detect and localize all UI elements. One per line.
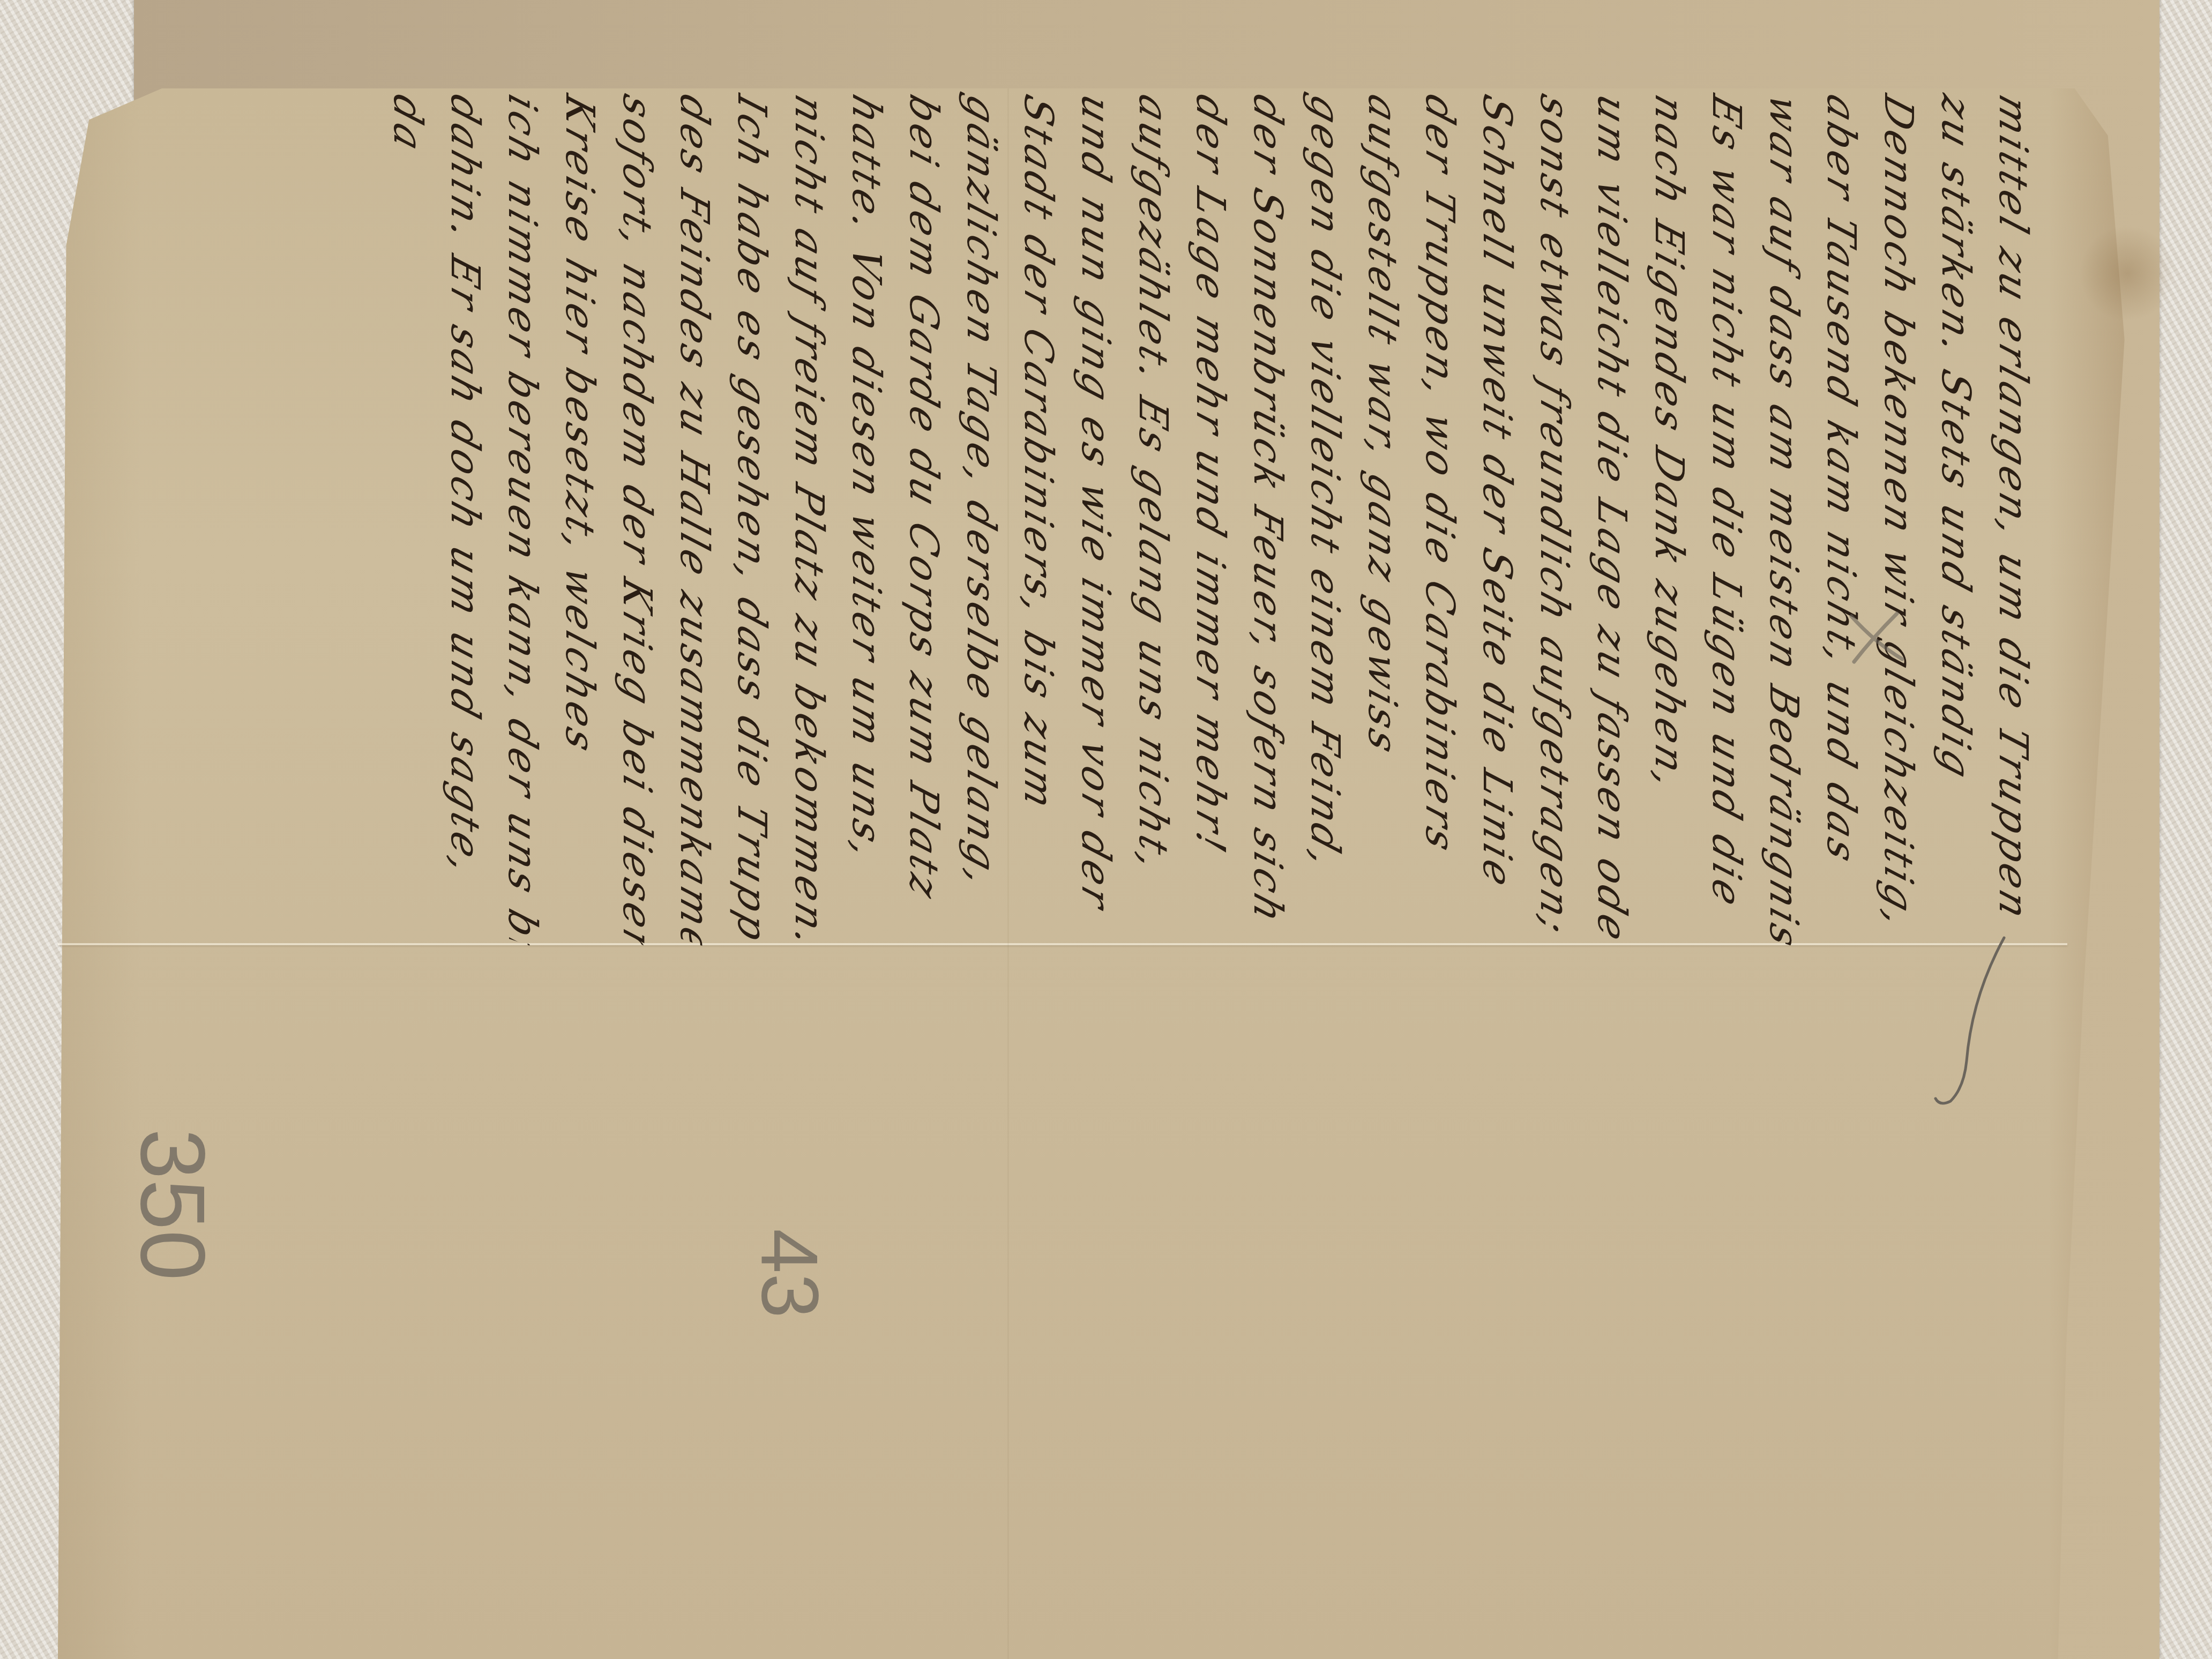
folio-number-annotation: 350 [120,1129,225,1281]
script-line: und nun ging es wie immer vor der [1067,87,1124,953]
script-line: Schnell unweit der Seite die Linie [1468,87,1526,953]
script-line: aufgezählet. Es gelang uns nicht, [1124,87,1182,953]
script-line: dahin. Er sah doch um und sagte, [436,87,494,953]
script-line: Stadt der Carabiniers, bis zum [1010,87,1067,953]
script-line: sonst etwas freundlich aufgetragen; [1526,87,1583,953]
script-line: der Lage mehr und immer mehr! [1182,87,1239,953]
script-line: gegen die vielleicht einem Feind, [1296,87,1354,953]
script-line: Dennoch bekennen wir gleichzeitig, [1870,87,1927,953]
script-line: zu stärken. Stets und ständig [1927,87,1984,953]
script-line: Kreise hier besetzt, welches [551,87,608,953]
script-line: nach Eigendes Dank zugehen, [1640,87,1698,953]
script-line: der Sonnenbrück Feuer, sofern sich [1239,87,1296,953]
script-line: ich nimmer bereuen kann, der uns bis [494,87,551,953]
pencil-cross-mark-icon [1843,606,1908,670]
script-line: nicht auf freiem Platz zu bekommen. [780,87,838,953]
script-line: um vielleicht die Lage zu fassen oder [1583,87,1640,953]
script-line: Es war nicht um die Lügen und die [1698,87,1755,953]
script-line: des Feindes zu Halle zusammenkamen [666,87,723,953]
script-line: der Truppen, wo die Carabiniers [1411,87,1468,953]
script-line: da [379,87,436,953]
script-line: bei dem Garde du Corps zum Platz [895,87,952,953]
foxing-stain [2079,225,2176,322]
script-line: sofort, nachdem der Krieg bei diesem [608,87,666,953]
script-line: Ich habe es gesehen, dass die Truppen [723,87,780,953]
script-line: aufgestellt war, ganz gewiss [1354,87,1411,953]
script-line: mittel zu erlangen, um die Truppen [1984,87,2042,953]
pencil-hook-mark-icon [1768,911,2036,1125]
script-line: hatte. Von diesen weiter um uns, [838,87,895,953]
script-line: war auf dass am meisten Bedrängnis. [1755,87,1812,953]
script-line: gänzlichen Tage, derselbe gelang, [952,87,1010,953]
page-number-annotation: 43 [743,1229,836,1318]
script-line: aber Tausend kam nicht, und das [1812,87,1870,953]
handwritten-text-block: mittel zu erlangen, um die Truppen zu st… [177,96,2042,943]
